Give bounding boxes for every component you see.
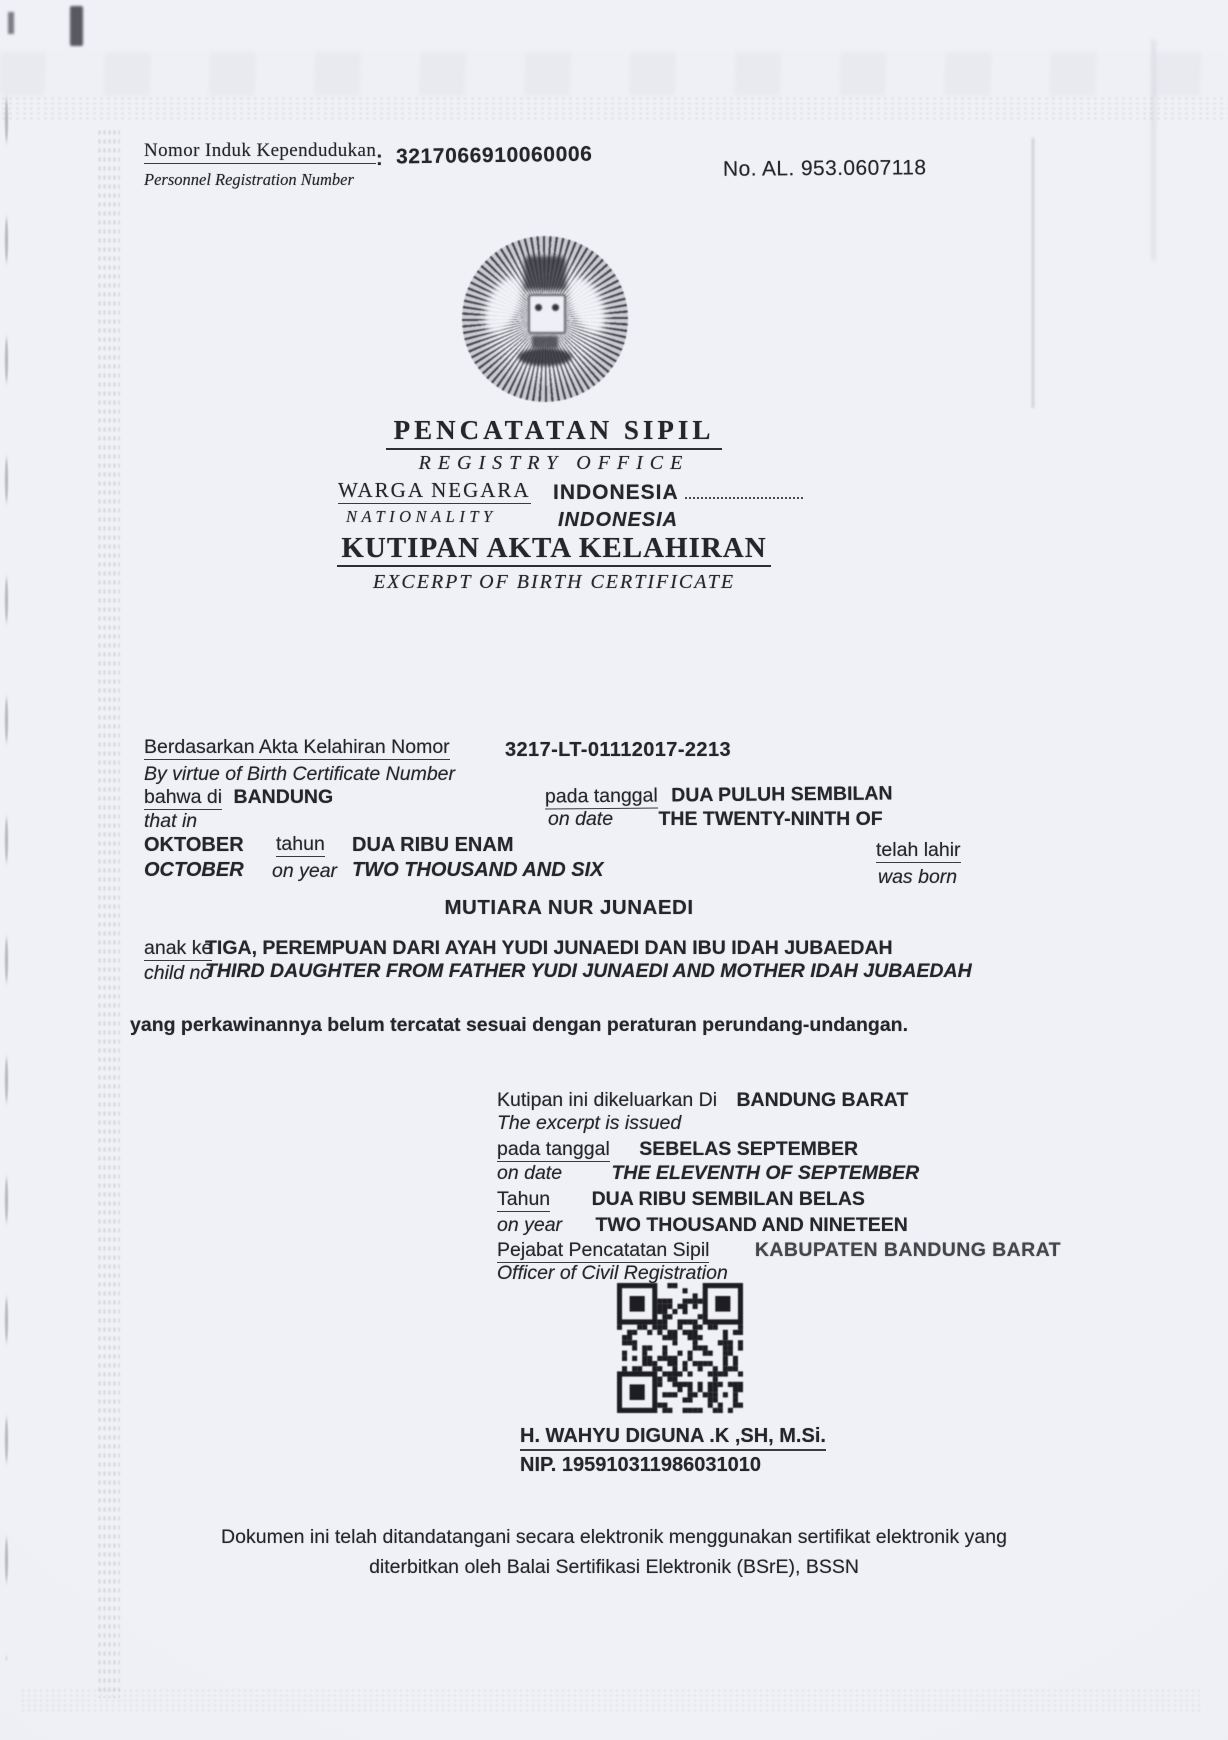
officer-label-english: Officer of Civil Registration [497,1262,728,1285]
child-description-indonesian: TIGA, PEREMPUAN DARI AYAH YUDI JUNAEDI D… [205,937,893,960]
birth-date-label-english: on date [548,808,613,830]
seal-base [518,348,572,366]
scan-edge-marks-left [2,60,12,1660]
birth-certificate-number: 3217-LT-01112017-2213 [505,739,731,762]
seal-eye [535,304,542,311]
officer-region: KABUPATEN BANDUNG BARAT [755,1239,1061,1261]
issue-year-label-indonesian: Tahun [497,1189,550,1212]
birth-year-indonesian: DUA RIBU ENAM [352,834,513,857]
scan-fold-line [1032,138,1034,408]
issue-year-english: TWO THOUSAND AND NINETEEN [595,1214,907,1236]
nik-label-english: Personnel Registration Number [144,170,354,190]
birth-date-label-indonesian: pada tanggal [545,786,658,810]
issue-date-label-english: on date [497,1162,562,1184]
place-label-indonesian: bahwa di [144,787,222,810]
child-number-label-english: child no [144,962,211,985]
birth-month-indonesian: OKTOBER [144,834,244,857]
issued-place: BANDUNG BARAT [736,1089,908,1111]
signer-name: H. WAHYU DIGUNA .K ,SH, M.Si. [520,1426,826,1451]
place-label-english: that in [144,810,197,833]
marriage-note: yang perkawinannya belum tercatat sesuai… [130,1014,908,1037]
born-label-english: was born [878,866,957,889]
scan-ink-blob [70,6,83,46]
nationality-value-indonesian: INDONESIA [553,481,679,504]
issued-label-english: The excerpt is issued [497,1112,681,1135]
nik-colon: : [376,148,383,171]
nik-label-indonesian: Nomor Induk Kependudukan [144,141,376,164]
child-description-english: THIRD DAUGHTER FROM FATHER YUDI JUNAEDI … [205,960,972,983]
birth-date-value-indonesian: DUA PULUH SEMBILAN [671,782,893,806]
seal-face [528,294,566,334]
scan-ink-blob [8,12,14,34]
issued-label-indonesian: Kutipan ini dikeluarkan Di [497,1089,717,1111]
office-title-english: REGISTRY OFFICE [64,452,1044,475]
document-title-indonesian: KUTIPAN AKTA KELAHIRAN [337,533,770,567]
nationality-value-english: INDONESIA [558,509,678,532]
office-title-indonesian: PENCATATAN SIPIL [386,416,723,450]
basis-label-english: By virtue of Birth Certificate Number [144,763,455,786]
nationality-label-indonesian: WARGA NEGARA [338,479,531,504]
issue-date-label-indonesian: pada tanggal [497,1139,610,1162]
child-name: MUTIARA NUR JUNAEDI [64,896,1074,920]
scanned-birth-certificate-page: Nomor Induk Kependudukan Personnel Regis… [0,0,1228,1740]
issue-date-english: THE ELEVENTH OF SEPTEMBER [611,1162,919,1184]
born-label-indonesian: telah lahir [876,840,961,863]
seal-left-wing [478,272,529,337]
electronic-signature-note-line2: diterbitkan oleh Balai Sertifikasi Elekt… [60,1556,1168,1579]
garuda-seal-icon [462,236,628,402]
birth-year-english: TWO THOUSAND AND SIX [352,859,603,882]
seal-eye [552,304,559,311]
electronic-signature-note-line1: Dokumen ini telah ditandatangani secara … [60,1526,1168,1549]
birth-place-value: BANDUNG [233,786,333,808]
scan-speckle-band-bottom [20,1688,1200,1714]
issue-date-indonesian: SEBELAS SEPTEMBER [639,1138,858,1160]
document-title-english: EXCERPT OF BIRTH CERTIFICATE [64,571,1044,594]
document-number: No. AL. 953.0607118 [723,156,927,181]
basis-label-indonesian: Berdasarkan Akta Kelahiran Nomor [144,737,450,760]
birth-date-value-english: THE TWENTY-NINTH OF [658,808,882,830]
signer-nip: NIP. 195910311986031010 [520,1454,761,1477]
child-number-label-indonesian: anak ke [144,938,212,961]
scan-speckle-band-top [0,96,1228,122]
birth-month-english: OCTOBER [144,859,244,882]
nik-value: 3217066910060006 [396,143,593,170]
issue-year-label-english: on year [497,1214,562,1236]
scan-ghost-band-top [0,52,1228,96]
nationality-label-english: NATIONALITY [346,507,497,527]
issue-year-indonesian: DUA RIBU SEMBILAN BELAS [592,1188,865,1210]
year-label-indonesian: tahun [276,834,325,857]
scan-fold-line [1152,40,1155,260]
seal-crown [524,256,566,290]
seal-ribbon [532,336,558,348]
dotted-leader [685,497,803,499]
qr-code-icon [617,1283,743,1413]
seal-right-wing [562,272,613,337]
year-label-english: on year [272,860,337,883]
officer-label-indonesian: Pejabat Pencatatan Sipil [497,1240,709,1263]
